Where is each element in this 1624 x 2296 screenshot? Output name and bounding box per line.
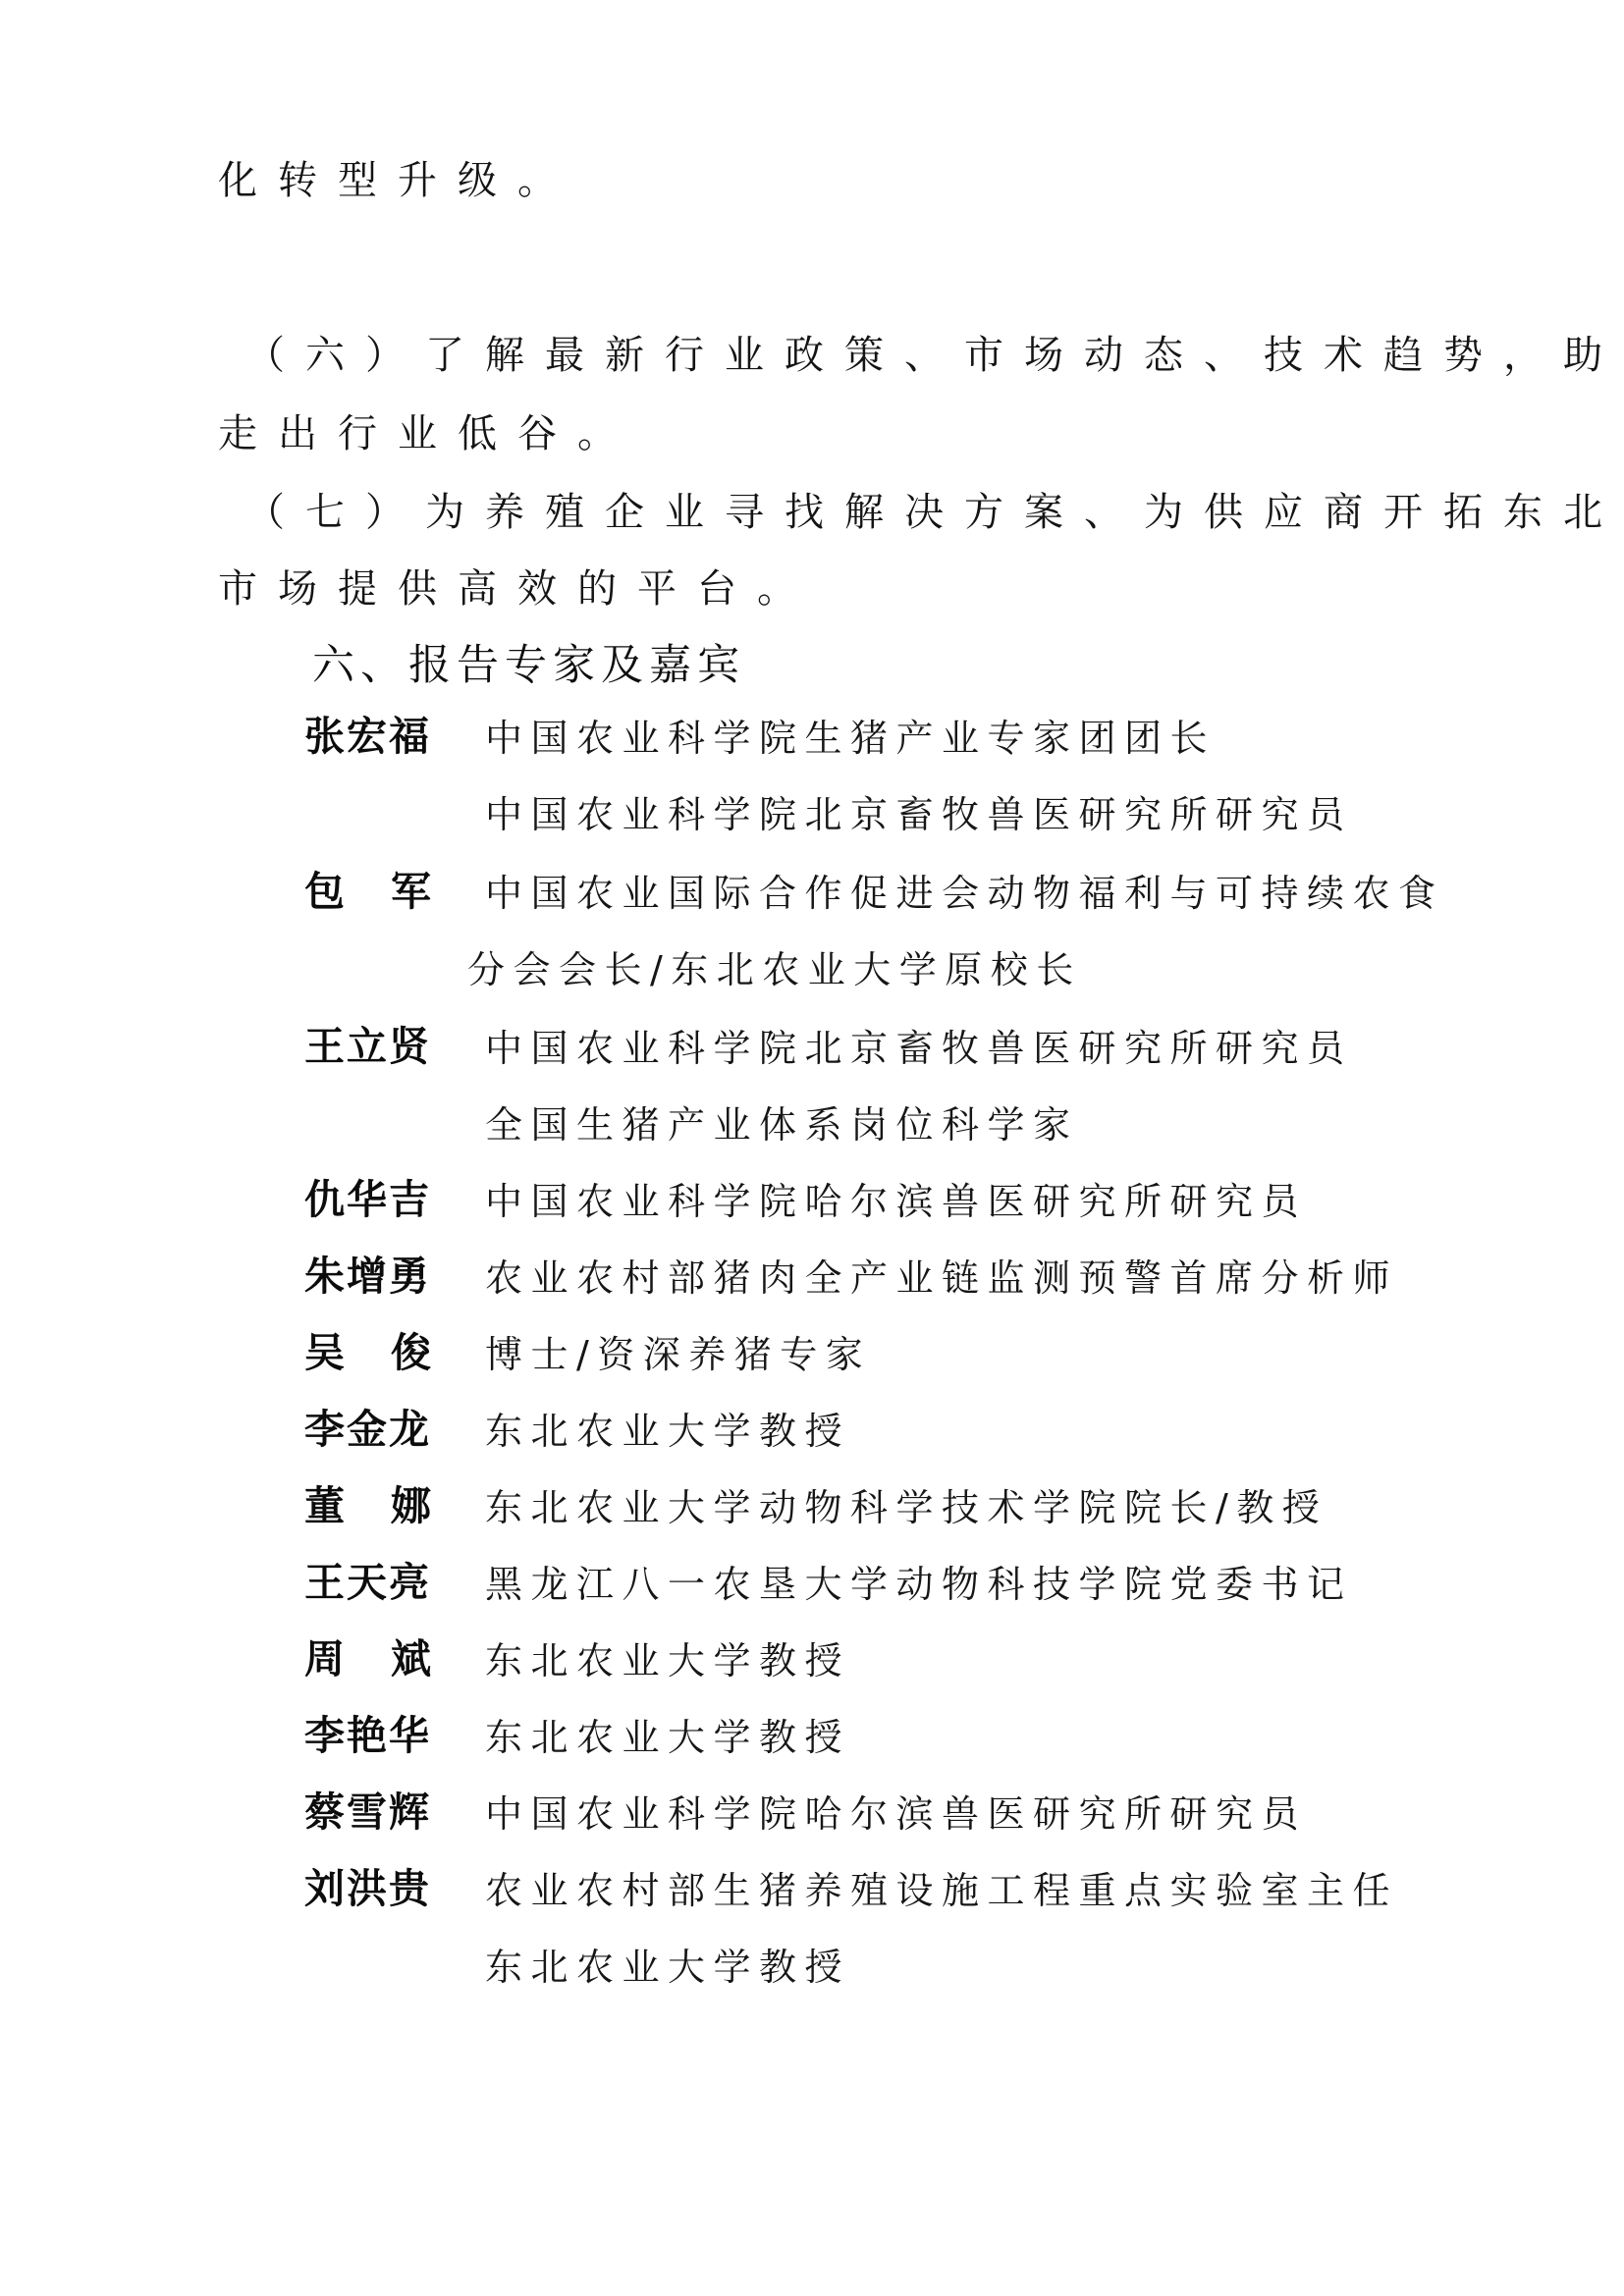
section-heading: 六、报告专家及嘉宾: [312, 638, 745, 693]
expert-description: 黑龙江八一农垦大学动物科技学院党委书记: [485, 1559, 1353, 1610]
expert-name: 周斌: [304, 1633, 477, 1684]
document-page: 化转型升级。 （六）了解最新行业政策、市场动态、技术趋势，助力企业 走出行业低谷…: [0, 0, 1624, 2296]
expert-description: 中国农业科学院北京畜牧兽医研究所研究员: [485, 1023, 1353, 1074]
paragraph-line: 化转型升级。: [218, 155, 577, 206]
expert-description: 分会会长/东北农业大学原校长: [467, 944, 1082, 995]
expert-name: 王立贤: [304, 1021, 431, 1072]
expert-name: 张宏福: [304, 711, 431, 762]
expert-description: 全国生猪产业体系岗位科学家: [485, 1099, 1079, 1150]
expert-description: 东北农业大学动物科学技术学院院长/教授: [485, 1482, 1327, 1533]
expert-description: 中国农业科学院哈尔滨兽医研究所研究员: [485, 1789, 1307, 1840]
expert-name: 李艳华: [304, 1710, 431, 1761]
paragraph-line: （七）为养殖企业寻找解决方案、为供应商开拓东北及全国: [245, 487, 1624, 538]
expert-description: 中国农业科学院北京畜牧兽医研究所研究员: [485, 789, 1353, 840]
expert-description: 农业农村部生猪养殖设施工程重点实验室主任: [485, 1865, 1398, 1916]
expert-name: 仇华吉: [304, 1174, 431, 1225]
expert-name: 李金龙: [304, 1404, 431, 1455]
expert-name: 朱增勇: [304, 1251, 431, 1302]
expert-name: 包军: [304, 866, 477, 917]
expert-description: 农业农村部猪肉全产业链监测预警首席分析师: [485, 1253, 1398, 1304]
expert-description: 东北农业大学教授: [485, 1406, 850, 1457]
expert-description: 中国农业科学院哈尔滨兽医研究所研究员: [485, 1176, 1307, 1227]
paragraph-line: 市场提供高效的平台。: [218, 563, 817, 614]
expert-name: 吴俊: [304, 1327, 477, 1378]
expert-description: 中国农业科学院生猪产业专家团团长: [485, 713, 1216, 764]
expert-description: 东北农业大学教授: [485, 1635, 850, 1686]
expert-description: 东北农业大学教授: [485, 1712, 850, 1763]
expert-name: 王天亮: [304, 1557, 431, 1608]
expert-name: 刘洪贵: [304, 1863, 431, 1914]
expert-name: 蔡雪辉: [304, 1787, 431, 1838]
expert-name: 董娜: [304, 1480, 477, 1531]
expert-description: 博士/资深养猪专家: [485, 1329, 871, 1380]
expert-description: 东北农业大学教授: [485, 1942, 850, 1993]
expert-description: 中国农业国际合作促进会动物福利与可持续农食: [485, 868, 1444, 919]
paragraph-line: 走出行业低谷。: [218, 408, 637, 459]
paragraph-line: （六）了解最新行业政策、市场动态、技术趋势，助力企业: [245, 330, 1624, 381]
